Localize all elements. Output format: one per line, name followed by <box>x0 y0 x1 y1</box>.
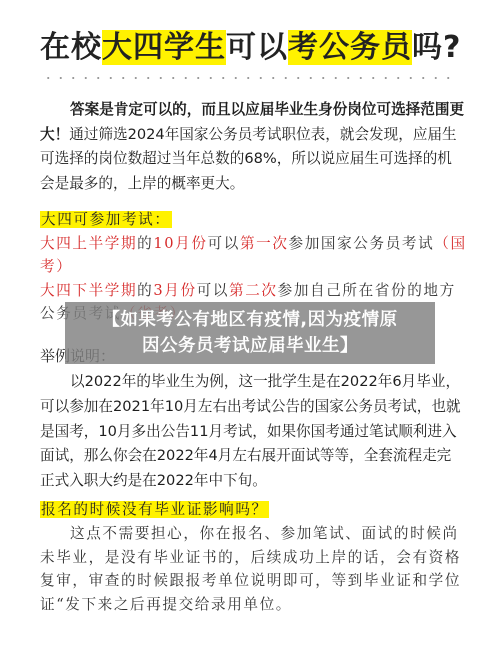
overlay-line-2: 因公务员考试应届毕业生】 <box>142 333 358 359</box>
overlay-line-1: 【如果考公有地区有疫情,因为疫情原 <box>102 307 397 333</box>
faq-question: 报名的时候没有毕业证影响吗？ <box>40 501 269 518</box>
exams-heading: 大四可参加考试： <box>40 211 172 228</box>
example-paragraph: 以2022年的毕业生为例，这一批学生是在2022年6月毕业，可以参加在2021年… <box>40 370 465 494</box>
answer-paragraph: 答案是肯定可以的，而且以应届毕业生身份岗位可选择范围更大！通过筛选2024年国家… <box>40 98 465 196</box>
example-text: 以2022年的毕业生为例，这一批学生是在2022年6月毕业，可以参加在2021年… <box>40 373 461 489</box>
caption-overlay-banner: 【如果考公有地区有疫情,因为疫情原 因公务员考试应届毕业生】 <box>65 302 435 364</box>
faq-answer: 这点不需要担心，你在报名、参加笔试、面试的时候尚未毕业，是没有毕业证书的，后续成… <box>40 522 470 617</box>
title-part-3: 吗? <box>412 30 461 65</box>
dotted-divider <box>42 76 458 80</box>
page-title: 在校大四学生可以考公务员吗? <box>40 30 470 66</box>
title-highlight-civil-service: 考公务员 <box>288 30 412 65</box>
answer-text: 通过筛选2024年国家公务员考试职位表，就会发现，应届生可选择的岗位数超过当年总… <box>40 126 457 192</box>
faq-section: 报名的时候没有毕业证影响吗？ 这点不需要担心，你在报名、参加笔试、面试的时候尚未… <box>40 498 470 617</box>
title-highlight-senior-students: 大四学生 <box>102 30 226 65</box>
title-part-1: 在校 <box>40 30 102 65</box>
exam-line-national: 大四上半学期的10月份可以第一次参加国家公务员考试（国考） <box>40 232 470 279</box>
title-part-2: 可以 <box>226 30 288 65</box>
